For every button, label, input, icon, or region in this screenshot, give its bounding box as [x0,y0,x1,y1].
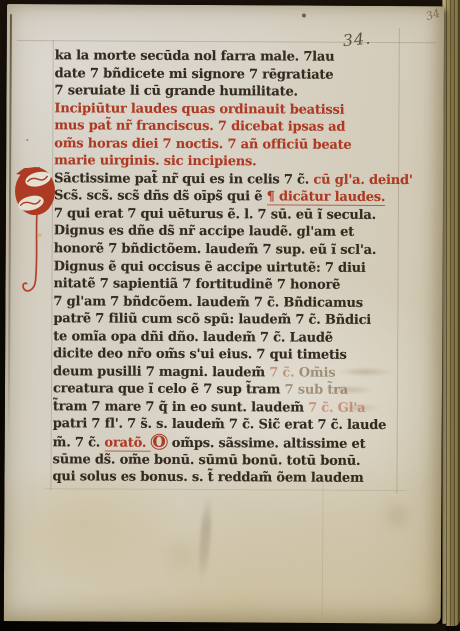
parchment-crease [322,476,324,616]
manuscript-line: honorẽ 7 bñdictõem. laudem̃ 7 sup. eũ ĩ … [54,240,406,259]
manuscript-line: 7 qui erat 7 qui uēturus ẽ. l. 7 sū. eū … [54,205,406,224]
text-segment: qui solus es bonus. s. t̃ reddam̃ õem la… [52,469,363,486]
text-segment: deum pusilli 7 magni. laudem̃ [53,364,269,380]
ruling-line [44,488,406,491]
folio-number: 34. [342,28,372,50]
text-segment: m̃. 7 c̃. [53,435,105,450]
text-segment: cū gl'a. deind' [313,172,412,188]
manuscript-line: qui solus es bonus. s. t̃ reddam̃ õem la… [52,468,404,487]
text-segment: om̃s horas diei 7 noctis. 7 añ officiū b… [54,136,351,153]
manuscript-line: 7 gl'am 7 bñdcõem. laudem̃ 7 c̃. Bñdicam… [53,293,405,312]
manuscript-line: te omĩa opa dñi dño. laudem̃ 7 c̃. Laudẽ [53,328,405,347]
manuscript-line: marie uirginis. sic incipiens. [54,153,406,172]
manuscript-line: date 7 bñdicete mi signore 7 rēgratiate [55,65,407,84]
manuscript-line: Dignus ẽ qui occisus ẽ accipe uirtutẽ: 7… [54,258,406,277]
text-segment: Sãctissime pat̃ nr̃ qui es in celis 7 c̃… [54,171,313,187]
inline-initial-o: O [150,434,167,450]
text-segment: nitatẽ 7 sapientiã 7 fortitudinẽ 7 honor… [53,276,340,293]
text-segment: 7 qui erat 7 qui uēturus ẽ. l. 7 sū. eū … [54,206,376,223]
text-segment: te omĩa opa dñi dño. laudem̃ 7 c̃. Laudẽ [53,329,333,345]
manuscript-photo: ka la morte secūda nol farra male. 7laud… [0,0,460,631]
text-segment: 7 gl'am 7 bñdcõem. laudem̃ 7 c̃. Bñdicam… [53,294,363,311]
manuscript-line: patri 7 fl'. 7 s̃. s. laudem̃ 7 c̃. Sic̃… [53,416,405,435]
text-segment: Om̃is [299,365,336,380]
manuscript-line: Dignus es dñe ds̃ nr̃ accipe laudẽ. gl'a… [54,223,406,242]
text-segment: oratõ. [104,436,150,452]
text-segment: t̃ram 7 mare 7 q̃ in eo sunt. laudem̃ [53,399,308,415]
text-segment: dicite deo nr̃o om̃s s'ui eius. 7 qui ti… [53,347,347,364]
text-segment: patrẽ 7 filiũ cum scõ spũ: laudem̃ 7 c̃.… [53,311,371,328]
corner-folio-number: 34 [424,6,441,23]
manuscript-line: Sãctissime pat̃ nr̃ qui es in celis 7 c̃… [54,170,406,189]
text-segment: mus pat̃ nr̃ franciscus. 7 dicebat ipsas… [54,118,345,135]
text-segment: Dignus es dñe ds̃ nr̃ accipe laudẽ. gl'a… [54,224,354,241]
text-segment: patri 7 fl'. 7 s̃. s. laudem̃ 7 c̃. Sic̃… [53,417,387,434]
text-segment: sūme ds̃. om̃e bonū. sūmū bonū. totū bon… [53,452,361,469]
parchment-page: ka la morte secūda nol farra male. 7laud… [4,4,444,624]
text-segment: ka la morte secūda nol farra male. 7lau [55,48,335,64]
text-segment: honorẽ 7 bñdictõem. laudem̃ 7 sup. eũ ĩ … [54,241,377,258]
text-segment: marie uirginis. sic incipiens. [54,154,256,170]
manuscript-line: m̃. 7 c̃. oratõ. O om̃ps. sãssime. altis… [53,433,405,452]
manuscript-line: nitatẽ 7 sapientiã 7 fortitudinẽ 7 honor… [53,275,405,294]
table-shadow [0,621,446,631]
text-segment: 7 c̃. Gl'a [308,401,365,416]
text-segment: Scs̃. scs̃. scs̃ dñs ds̃ oīps̃ qui ẽ [54,189,267,205]
text-segment: creatura que ĩ celo ẽ 7 sup t̃ram [53,382,285,398]
manuscript-line: sūme ds̃. om̃e bonū. sūmū bonū. totū bon… [53,451,405,470]
manuscript-line: Incipiūtur laudes quas ordinauit beatiss… [54,100,406,119]
manuscript-text-column: ka la morte secūda nol farra male. 7laud… [52,47,406,488]
stain-smudge [197,495,214,584]
text-segment: ¶ dicãtur laudes. [267,190,386,207]
ink-specks [302,14,306,18]
manuscript-line: mus pat̃ nr̃ franciscus. 7 dicebat ipsas… [54,117,406,136]
manuscript-line: dicite deo nr̃o om̃s s'ui eius. 7 qui ti… [53,346,405,365]
text-segment: 7 sub t̃ra [285,383,349,398]
manuscript-line: ka la morte secūda nol farra male. 7lau [55,47,407,66]
text-segment: date 7 bñdicete mi signore 7 rēgratiate [55,66,334,82]
text-segment: om̃ps. sãssime. altissime et [167,436,365,452]
book-page-edges [442,0,460,626]
text-segment: Incipiūtur laudes quas ordinauit beatiss… [54,101,344,118]
manuscript-line: patrẽ 7 filiũ cum scõ spũ: laudem̃ 7 c̃.… [53,310,405,329]
manuscript-line: deum pusilli 7 magni. laudem̃ 7 c̃. Om̃i… [53,363,405,382]
manuscript-line: creatura que ĩ celo ẽ 7 sup t̃ram 7 sub … [53,381,405,400]
manuscript-line: t̃ram 7 mare 7 q̃ in eo sunt. laudem̃ 7 … [53,398,405,417]
text-segment: 7 seruiate li cū grande humilitate. [55,83,298,99]
manuscript-line: Scs̃. scs̃. scs̃ dñs ds̃ oīps̃ qui ẽ ¶ d… [54,188,406,207]
initial-s-tail [23,214,37,291]
ruling-line [17,40,437,43]
text-segment: Dignus ẽ qui occisus ẽ accipe uirtutẽ: 7… [54,259,366,276]
text-segment: 7 c̃. [269,365,299,380]
manuscript-line: 7 seruiate li cū grande humilitate. [54,82,406,101]
manuscript-line: om̃s horas diei 7 noctis. 7 añ officiū b… [54,135,406,154]
